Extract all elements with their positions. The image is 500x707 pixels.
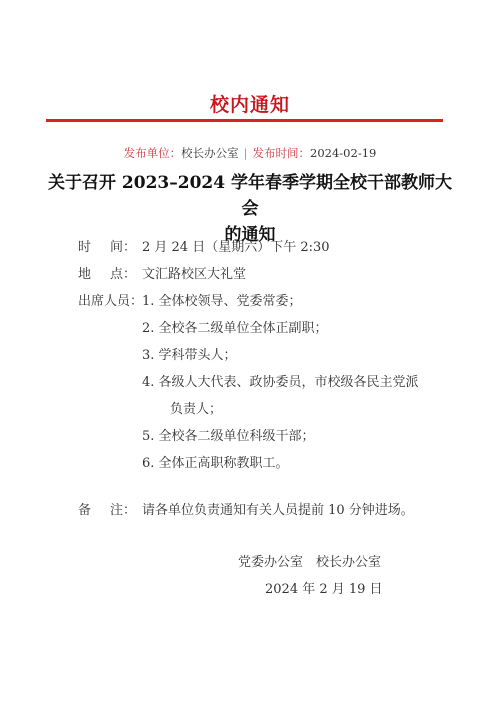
place-label-b: 点：: [110, 263, 136, 282]
document-title-line-1: 关于召开 2023–2024 学年春季学期全校干部教师大会: [40, 170, 460, 222]
attendee-item: 3. 学科带头人；: [142, 344, 237, 363]
note-label: 备 注：: [78, 499, 136, 518]
attendee-item: 5. 全校各二级单位科级干部；: [142, 425, 315, 444]
publisher-value: 校长办公室: [181, 146, 239, 160]
attendee-item-continuation: 负责人；: [170, 398, 222, 417]
place-label-a: 地: [78, 263, 91, 282]
time-value: 2 月 24 日（星期六）下午 2:30: [142, 236, 330, 255]
attendee-item: 6. 全体正高职称教职工。: [142, 452, 289, 471]
red-header-rule: [46, 119, 443, 122]
note-label-b: 注：: [110, 499, 136, 518]
note-value: 请各单位负责通知有关人员提前 10 分钟进场。: [142, 499, 414, 518]
signature-offices: 党委办公室 校长办公室: [238, 551, 381, 570]
time-label-b: 间：: [110, 236, 136, 255]
notice-header-title: 校内通知: [0, 90, 500, 117]
publish-meta: 发布单位：校长办公室|发布时间：2024-02-19: [0, 145, 500, 161]
attendees-label: 出席人员：: [78, 290, 142, 309]
place-value: 文汇路校区大礼堂: [142, 263, 246, 282]
attendee-item: 1. 全体校领导、党委常委；: [142, 290, 302, 309]
attendee-item: 2. 全校各二级单位全体正副职；: [142, 317, 328, 336]
note-label-a: 备: [78, 499, 91, 518]
meta-separator: |: [244, 146, 248, 160]
time-label-a: 时: [78, 236, 91, 255]
publish-date-value: 2024-02-19: [310, 146, 376, 160]
place-label: 地 点：: [78, 263, 136, 282]
attendee-item: 4. 各级人大代表、政协委员，市校级各民主党派: [142, 371, 419, 390]
publish-date-label: 发布时间：: [253, 146, 311, 160]
publisher-label: 发布单位：: [124, 146, 182, 160]
time-label: 时 间：: [78, 236, 136, 255]
signature-date: 2024 年 2 月 19 日: [265, 578, 383, 597]
